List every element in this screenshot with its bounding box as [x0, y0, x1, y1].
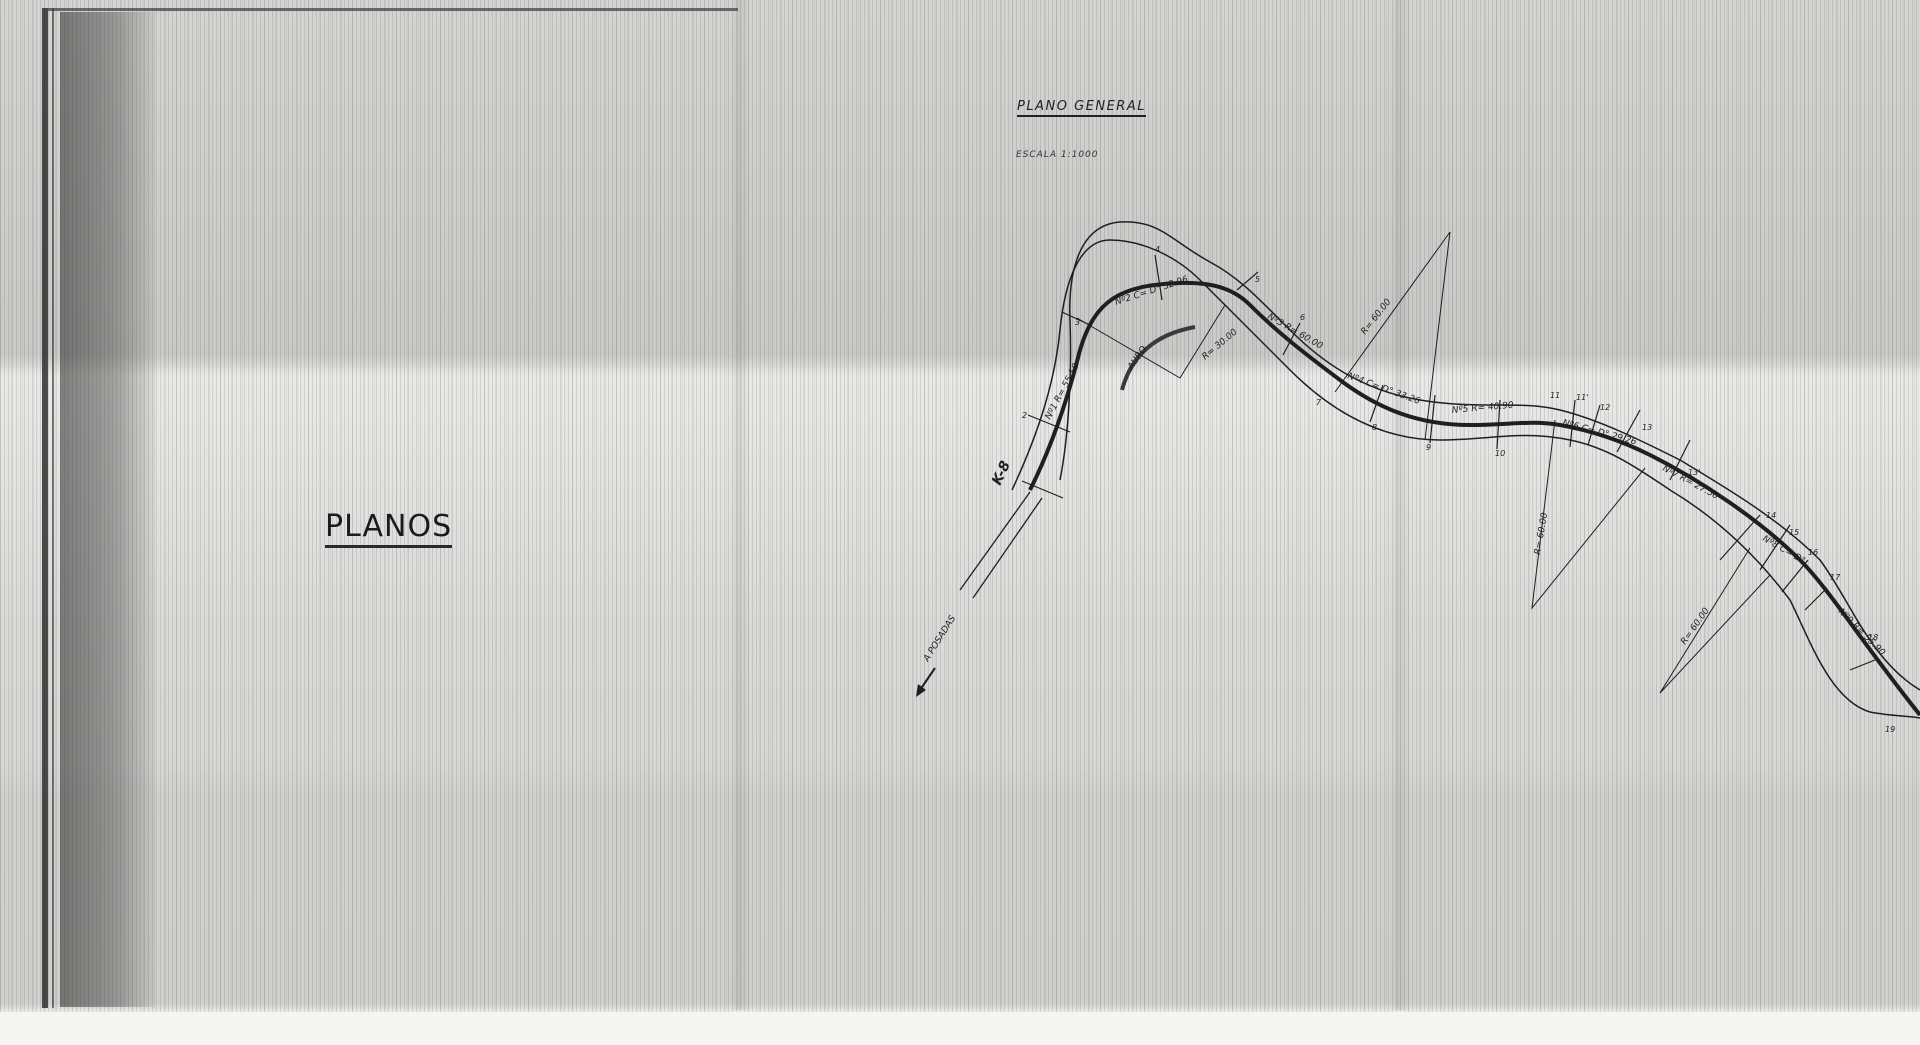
- station-number: 18: [1868, 633, 1878, 642]
- station-number: 11': [1576, 393, 1588, 402]
- station-number: 9: [1426, 443, 1431, 452]
- curve-label: Nº8 C= D°: [1761, 534, 1807, 567]
- station-number: 5: [1255, 275, 1260, 284]
- station-number: 17: [1830, 573, 1841, 582]
- curve-label: Nº4 C= D° 33.26: [1346, 371, 1421, 407]
- station-number: 13': [1688, 468, 1700, 477]
- curve-label: Nº5 R= 40.90: [1451, 401, 1514, 416]
- curve-label: R= 60.00: [1679, 606, 1712, 647]
- station-number: 7: [1316, 398, 1322, 407]
- origin-label: K-8: [989, 458, 1014, 487]
- station-number: 4: [1155, 245, 1160, 254]
- curve-label: R= 30.00: [1201, 327, 1240, 362]
- station-number: 15: [1789, 528, 1799, 537]
- station-number: 12: [1600, 403, 1610, 412]
- station-number: 14: [1766, 511, 1776, 520]
- road-centerline: [1030, 283, 1920, 715]
- direction-label: A POSADAS: [922, 614, 959, 665]
- radius-construction: [1077, 305, 1225, 378]
- station-number: 10: [1495, 449, 1505, 458]
- alignment-plan-drawing: K-8 A POSADAS Nº1 R= 55.50 Nº2 C= D° 52.…: [0, 0, 1920, 1045]
- station-number: 6: [1300, 313, 1305, 322]
- curve-label: Nº9 R= 55.90: [1836, 607, 1887, 658]
- station-number: 16: [1808, 548, 1818, 557]
- station-number: 8: [1372, 423, 1377, 432]
- station-number: 13: [1642, 423, 1652, 432]
- station-number: 3: [1075, 318, 1080, 327]
- station-number: 11: [1550, 391, 1560, 400]
- station-number: 19: [1885, 725, 1895, 734]
- curve-label: R= 60.00: [1533, 512, 1550, 556]
- road-edge: [1060, 222, 1920, 690]
- station-number: 2: [1022, 411, 1027, 420]
- radius-construction: [1660, 548, 1770, 693]
- road-edge: [1012, 240, 1920, 718]
